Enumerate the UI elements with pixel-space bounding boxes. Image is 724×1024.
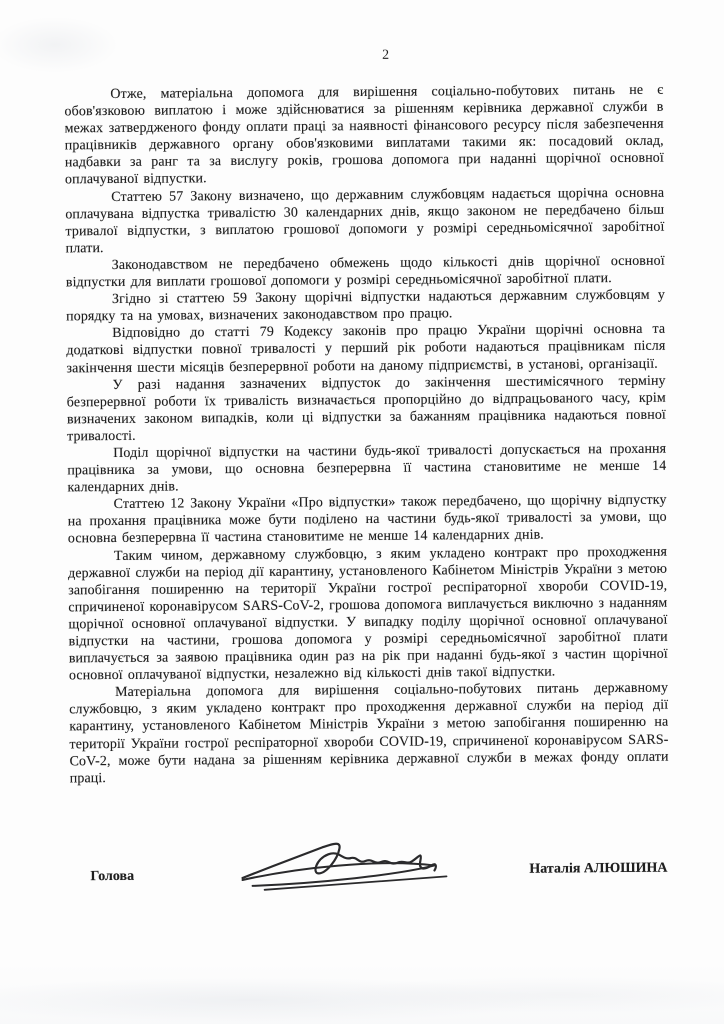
signatory-name: Наталія АЛЮШИНА	[529, 860, 667, 877]
paragraph: Статтею 12 Закону України «Про відпустки…	[68, 492, 667, 548]
handwritten-signature-icon	[238, 832, 451, 906]
document-content: 2 Отже, матеріальна допомога для вирішен…	[64, 46, 670, 930]
signatory-title: Голова	[90, 869, 134, 885]
paragraph: Статтею 57 Закону визначено, що державни…	[65, 184, 665, 257]
paragraph: Поділ щорічної відпустки на частини будь…	[67, 441, 666, 497]
scanned-document-page: 2 Отже, матеріальна допомога для вирішен…	[0, 0, 724, 1024]
document-body: Отже, матеріальна допомога для вирішення…	[64, 82, 668, 788]
page-number: 2	[64, 46, 663, 67]
signature-block: Голова Наталія АЛЮШИНА	[70, 834, 670, 929]
paragraph: Отже, матеріальна допомога для вирішення…	[64, 82, 664, 189]
paragraph: У разі надання зазначених відпусток до з…	[67, 372, 667, 445]
paragraph: Матеріальна допомога для вирішення соціа…	[69, 680, 669, 787]
paragraph: Відповідно до статті 79 Кодексу законів …	[66, 321, 665, 377]
paragraph: Таким чином, державному службовцю, з яки…	[68, 543, 668, 684]
paragraph: Законодавством не передбачено обмежень щ…	[66, 253, 665, 292]
paragraph: Згідно зі статтею 59 Закону щорічні відп…	[66, 287, 665, 326]
